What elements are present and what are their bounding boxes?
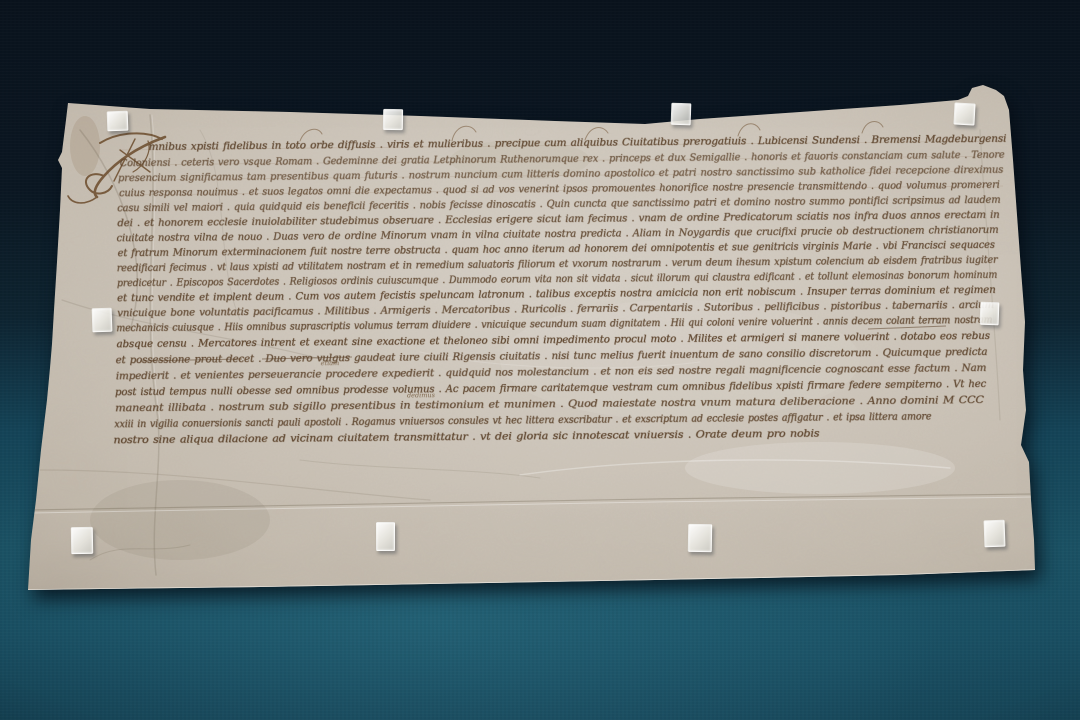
weight-square xyxy=(92,308,113,333)
weight-square xyxy=(71,527,93,554)
weight-square xyxy=(383,109,403,130)
weight-square xyxy=(953,102,975,125)
weight-square xyxy=(376,522,395,551)
weight-square xyxy=(671,103,692,126)
weight-square xyxy=(980,302,1000,326)
interlinear-insertion: etiam xyxy=(321,359,340,367)
manuscript-text: mnibus xpisti fidelibus in toto orbe dif… xyxy=(0,0,1080,720)
weight-square xyxy=(688,524,712,552)
photo-of-parchment-charter: mnibus xpisti fidelibus in toto orbe dif… xyxy=(0,0,1080,720)
weight-square xyxy=(984,520,1006,548)
weight-square xyxy=(107,111,129,132)
interlinear-insertion: dedimus xyxy=(407,391,435,399)
manuscript-text-line: nostro sine aliqua dilacione ad vicinam … xyxy=(113,429,819,448)
